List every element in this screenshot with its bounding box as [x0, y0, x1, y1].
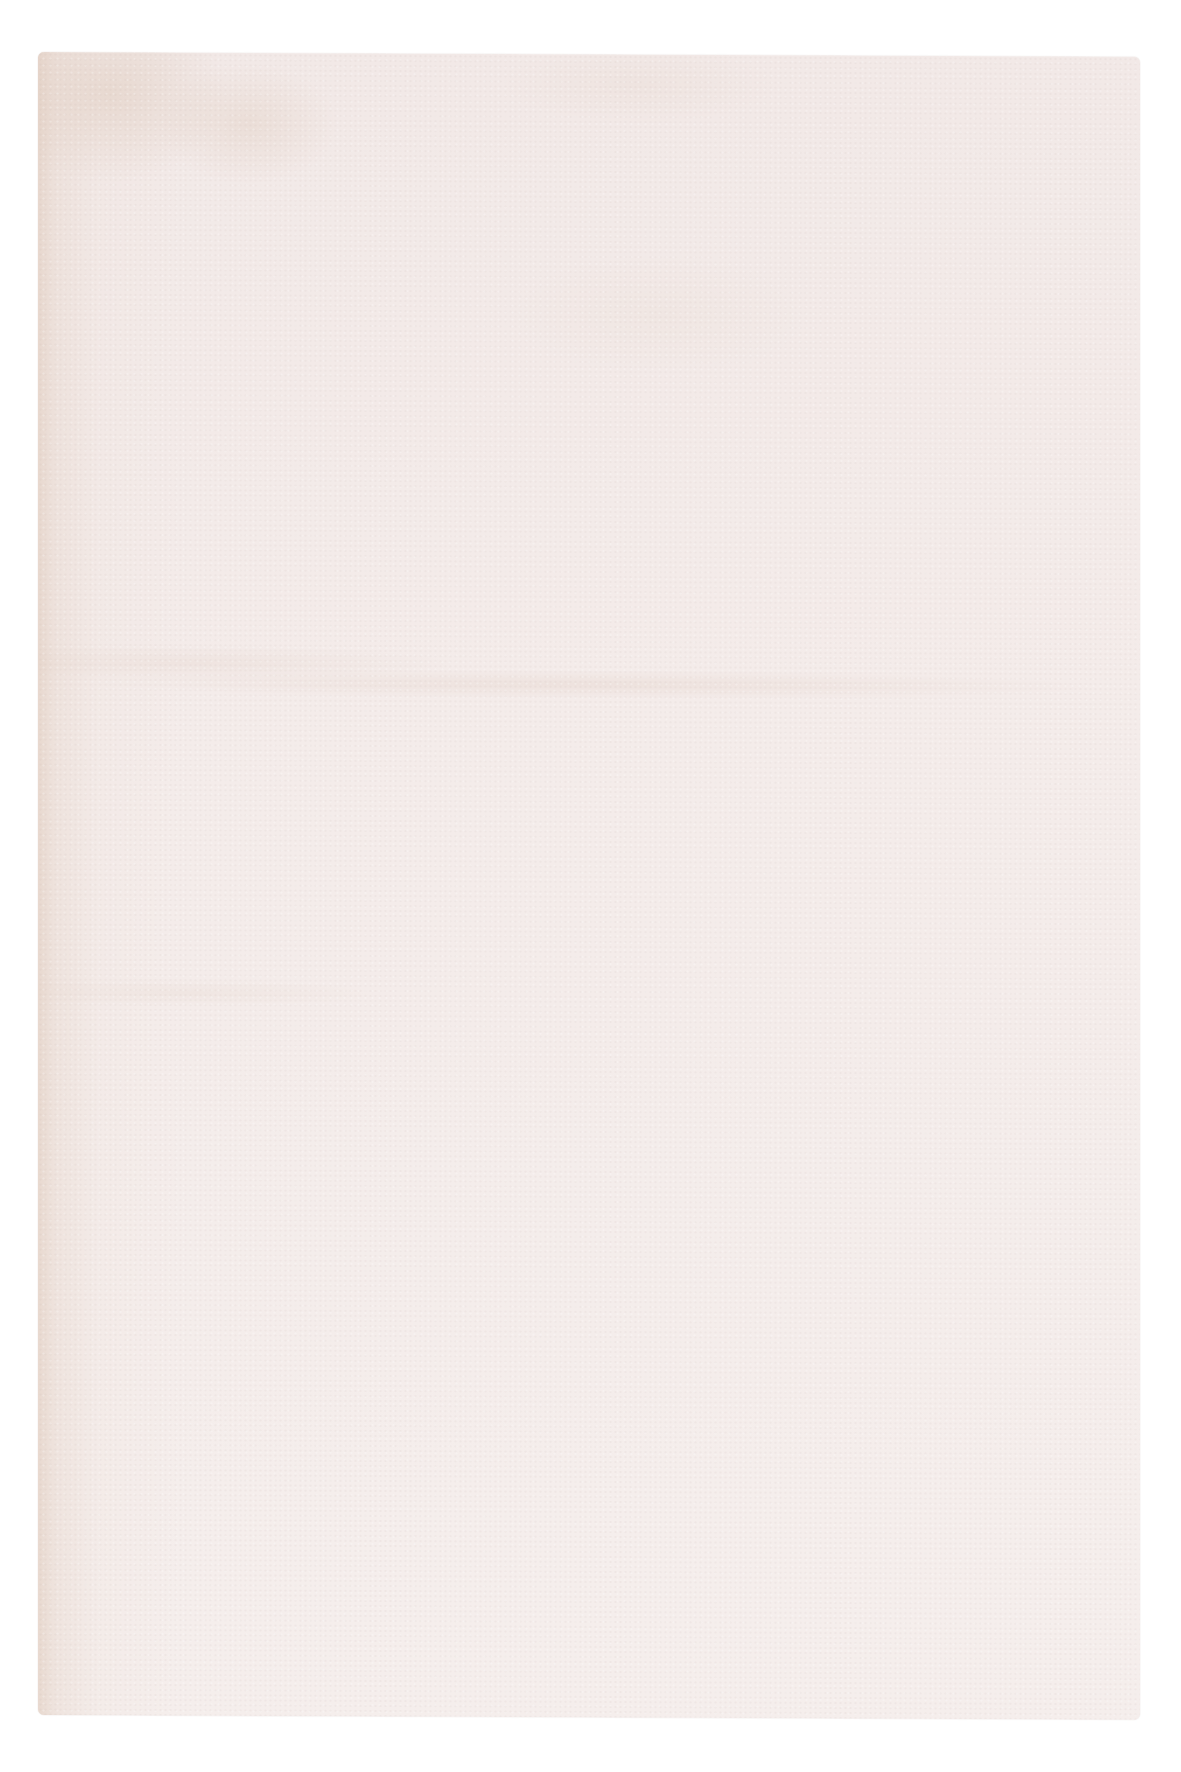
product-photo: cream shag area rug — [0, 0, 1181, 1772]
rug-pile-texture — [38, 52, 1140, 1720]
rug — [38, 52, 1140, 1720]
